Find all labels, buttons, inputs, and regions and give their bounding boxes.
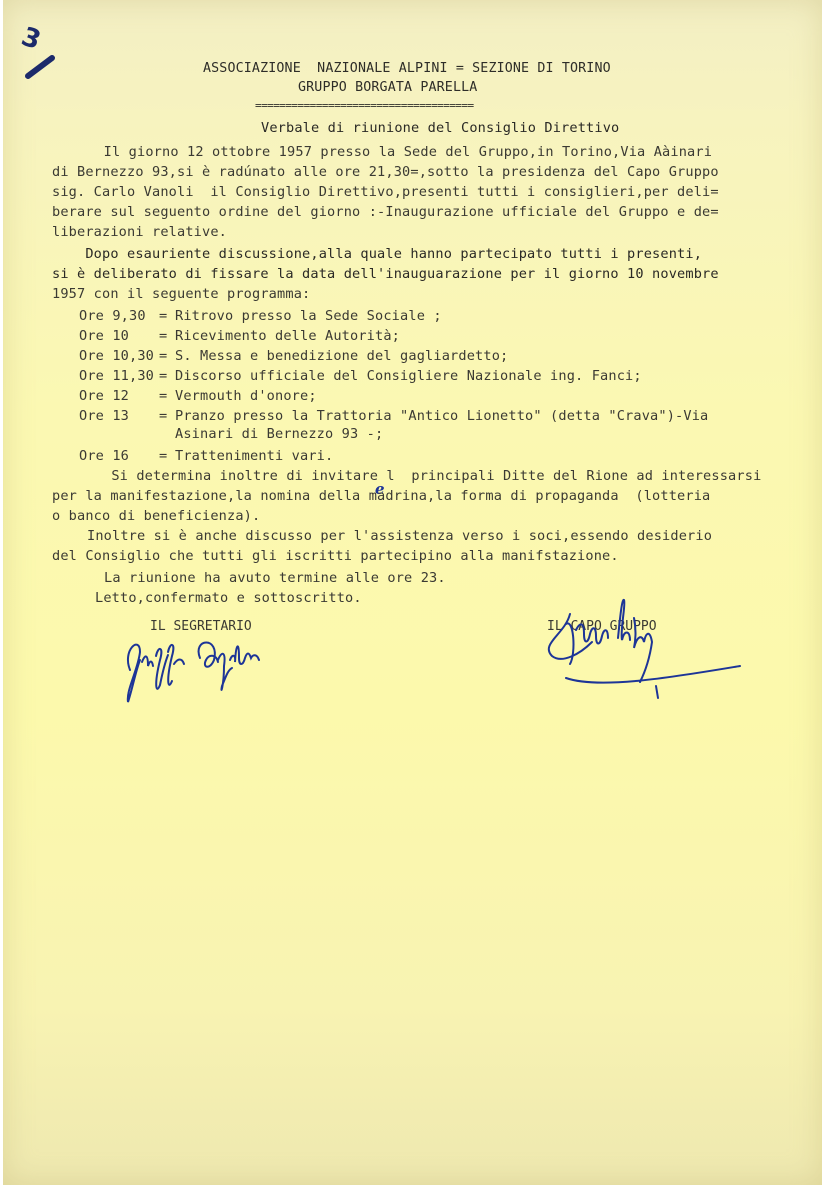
program-separator: = xyxy=(159,330,167,344)
paragraph2-line: si è deliberato di fissare la data dell'… xyxy=(52,268,719,282)
paragraph3-line: o banco di beneficienza). xyxy=(52,510,260,524)
program-separator: = xyxy=(159,410,167,424)
program-activity: Ricevimento delle Autorità; xyxy=(175,330,400,344)
program-separator: = xyxy=(159,350,167,364)
program-separator: = xyxy=(159,450,167,464)
header-group: GRUPPO BORGATA PARELLA xyxy=(298,81,477,94)
paragraph4-line: Inoltre si è anche discusso per l'assist… xyxy=(62,530,712,544)
program-time: Ore 13 xyxy=(79,410,146,424)
document-title: Verbale di riunione del Consiglio Dirett… xyxy=(261,122,619,136)
program-activity: Discorso ufficiale del Consigliere Nazio… xyxy=(175,370,642,384)
program-separator: = xyxy=(159,370,167,384)
program-separator: = xyxy=(159,310,167,324)
program-activity: Asinari di Bernezzo 93 -; xyxy=(175,428,383,442)
paragraph4-line: del Consiglio che tutti gli iscritti par… xyxy=(52,550,619,564)
paragraph2-line: Dopo esauriente discussione,alla quale h… xyxy=(52,248,702,262)
paragraph1-line: di Bernezzo 93,si è radúnato alle ore 21… xyxy=(52,166,719,180)
program-activity: S. Messa e benedizione del gagliardetto; xyxy=(175,350,508,364)
paragraph1-line: berare sul seguento ordine del giorno :-… xyxy=(52,206,719,220)
paragraph3-line: Si determina inoltre di invitare l princ… xyxy=(78,470,761,484)
program-time: Ore 10 xyxy=(79,330,146,344)
program-separator: = xyxy=(159,390,167,404)
program-activity: Ritrovo presso la Sede Sociale ; xyxy=(175,310,442,324)
program-activity: Pranzo presso la Trattoria "Antico Lione… xyxy=(175,410,708,424)
program-time: Ore 12 xyxy=(79,390,146,404)
paragraph1-line: Il giorno 12 ottobre 1957 presso la Sede… xyxy=(62,146,712,160)
paragraph3-line: per la manifestazione,la nomina della ma… xyxy=(52,490,710,504)
program-time: Ore 10,30 xyxy=(79,350,154,364)
signoff-line: Letto,confermato e sottoscritto. xyxy=(95,592,362,606)
header-rule: ==================================== xyxy=(255,100,474,111)
paragraph2-line: 1957 con il seguente programma: xyxy=(52,288,310,302)
header-association: ASSOCIAZIONE NAZIONALE ALPINI = SEZIONE … xyxy=(203,62,611,75)
paragraph1-line: liberazioni relative. xyxy=(52,226,227,240)
closing-line: La riunione ha avuto termine alle ore 23… xyxy=(104,572,446,586)
leader-signature xyxy=(540,594,750,704)
program-time: Ore 16 xyxy=(79,450,146,464)
page-number-slash xyxy=(26,52,56,82)
program-activity: Vermouth d'onore; xyxy=(175,390,317,404)
paragraph1-line: sig. Carlo Vanoli il Consiglio Direttivo… xyxy=(52,186,719,200)
program-activity: Trattenimenti vari. xyxy=(175,450,333,464)
program-time: Ore 9,30 xyxy=(79,310,146,324)
program-time: Ore 11,30 xyxy=(79,370,154,384)
secretary-signature xyxy=(118,630,288,710)
